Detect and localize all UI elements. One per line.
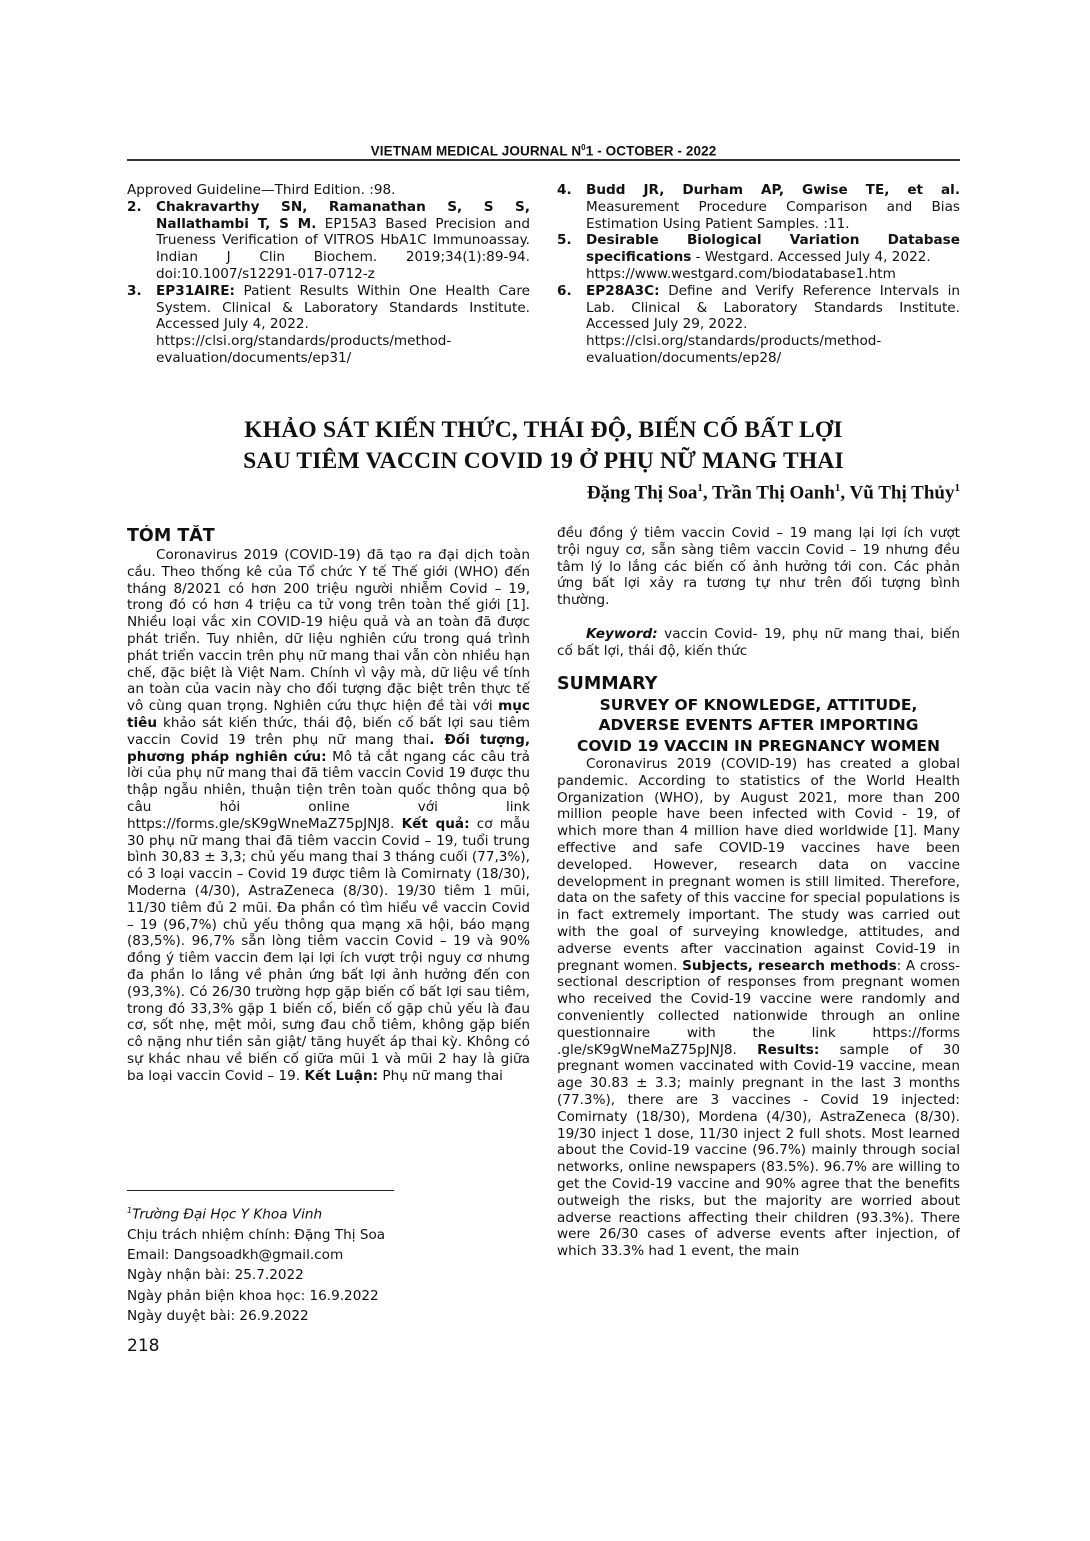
journal-name: VIETNAM MEDICAL JOURNAL N	[371, 144, 582, 159]
label-results: Kết quả:	[402, 816, 470, 832]
summary-text: sample of 30 pregnant women vaccinated w…	[557, 1042, 960, 1260]
reference-number: 6.	[557, 283, 586, 367]
abstract-text: cơ mẫu 30 phụ nữ mang thai đã tiêm vacci…	[127, 816, 530, 1084]
summary-title-line-1: SURVEY OF KNOWLEDGE, ATTITUDE,	[557, 695, 960, 716]
author-list: Đặng Thị Soa1, Trần Thị Oanh1, Vũ Thị Th…	[587, 482, 960, 504]
abstract-text: Phụ nữ mang thai	[378, 1068, 503, 1084]
reference-item: 6. EP28A3C: Define and Verify Reference …	[557, 283, 960, 367]
footnote: 1Trường Đại Học Y Khoa Vinh Chịu trách n…	[127, 1201, 385, 1326]
author-separator: ,	[703, 482, 712, 503]
reference-number: 2.	[127, 199, 156, 283]
reference-link[interactable]: https://www.westgard.com/biodatabase1.ht…	[586, 266, 896, 282]
reference-item: 2. Chakravarthy SN, Ramanathan S, S S, N…	[127, 199, 530, 283]
author-name: Trần Thị Oanh	[712, 482, 835, 503]
issue-date: 1 - OCTOBER - 2022	[586, 144, 717, 159]
references-left: Approved Guideline—Third Edition. :98. 2…	[127, 182, 530, 367]
date-accepted: Ngày duyệt bài: 26.9.2022	[127, 1306, 385, 1326]
label-results-en: Results:	[757, 1042, 819, 1058]
summary-title-line-2: ADVERSE EVENTS AFTER IMPORTING	[557, 715, 960, 736]
reference-link[interactable]: https://clsi.org/standards/products/meth…	[156, 333, 451, 366]
summary-title-line-3: COVID 19 VACCIN IN PREGNANCY WOMEN	[557, 736, 960, 757]
section-heading-tom-tat: TÓM TẮT	[127, 525, 530, 547]
author-separator: ,	[840, 482, 849, 503]
reference-number: 3.	[127, 283, 156, 367]
affiliation-name: Trường Đại Học Y Khoa Vinh	[132, 1207, 322, 1223]
summary-text: Coronavirus 2019 (COVID-19) has created …	[557, 756, 960, 974]
reference-link[interactable]: https://clsi.org/standards/products/meth…	[586, 333, 881, 366]
date-reviewed: Ngày phản biện khoa học: 16.9.2022	[127, 1286, 385, 1306]
reference-item: 5. Desirable Biological Variation Databa…	[557, 232, 960, 282]
author-affiliation-mark: 1	[955, 482, 961, 494]
keywords-and-summary: Keyword: vaccin Covid- 19, phụ nữ mang t…	[557, 525, 960, 1317]
keyword-label: Keyword:	[586, 626, 658, 642]
keywords: Keyword: vaccin Covid- 19, phụ nữ mang t…	[557, 626, 960, 660]
reference-text: - Westgard. Accessed July 4, 2022.	[691, 249, 930, 265]
summary-paragraph: Coronavirus 2019 (COVID-19) has created …	[557, 756, 960, 1260]
page-number: 218	[127, 1336, 159, 1356]
running-head: VIETNAM MEDICAL JOURNAL N01 - OCTOBER - …	[127, 143, 960, 159]
reference-text: Measurement Procedure Comparison and Bia…	[586, 199, 960, 232]
reference-continuation: Approved Guideline—Third Edition. :98.	[127, 182, 530, 199]
author-name: Vũ Thị Thủy	[850, 482, 955, 503]
label-subjects-methods: Subjects, research methods	[682, 958, 897, 974]
reference-authors: EP28A3C:	[586, 283, 660, 299]
email[interactable]: Email: Dangsoadkh@gmail.com	[127, 1245, 385, 1265]
corresponding-author: Chịu trách nhiệm chính: Đặng Thị Soa	[127, 1225, 385, 1245]
reference-item: 4. Budd JR, Durham AP, Gwise TE, et al. …	[557, 182, 960, 232]
date-received: Ngày nhận bài: 25.7.2022	[127, 1265, 385, 1285]
abstract-paragraph: Coronavirus 2019 (COVID-19) đã tạo ra đạ…	[127, 547, 530, 1085]
header-rule	[127, 159, 960, 161]
title-line-1: KHẢO SÁT KIẾN THỨC, THÁI ĐỘ, BIẾN CỐ BẤT…	[127, 415, 960, 446]
abstract-vietnamese: TÓM TẮT Coronavirus 2019 (COVID-19) đã t…	[127, 525, 530, 1170]
reference-number: 4.	[557, 182, 586, 232]
section-heading-summary: SUMMARY	[557, 673, 960, 695]
author-name: Đặng Thị Soa	[587, 482, 698, 503]
reference-number: 5.	[557, 232, 586, 282]
title-line-2: SAU TIÊM VACCIN COVID 19 Ở PHỤ NỮ MANG T…	[127, 446, 960, 477]
summary-title: SURVEY OF KNOWLEDGE, ATTITUDE, ADVERSE E…	[557, 695, 960, 757]
references-right: 4. Budd JR, Durham AP, Gwise TE, et al. …	[557, 182, 960, 367]
abstract-text: Coronavirus 2019 (COVID-19) đã tạo ra đạ…	[127, 547, 530, 714]
reference-item: 3. EP31AIRE: Patient Results Within One …	[127, 283, 530, 367]
label-conclusion: Kết Luận:	[304, 1068, 378, 1084]
abstract-vietnamese-continuation: đều đồng ý tiêm vaccin Covid – 19 mang l…	[557, 525, 960, 626]
article-title: KHẢO SÁT KIẾN THỨC, THÁI ĐỘ, BIẾN CỐ BẤT…	[127, 415, 960, 477]
affiliation: 1Trường Đại Học Y Khoa Vinh	[127, 1201, 385, 1225]
conclusion-continuation: đều đồng ý tiêm vaccin Covid – 19 mang l…	[557, 525, 960, 609]
reference-authors: EP31AIRE:	[156, 283, 235, 299]
reference-authors: Budd JR, Durham AP, Gwise TE, et al.	[586, 182, 960, 198]
footnote-rule	[127, 1190, 394, 1191]
